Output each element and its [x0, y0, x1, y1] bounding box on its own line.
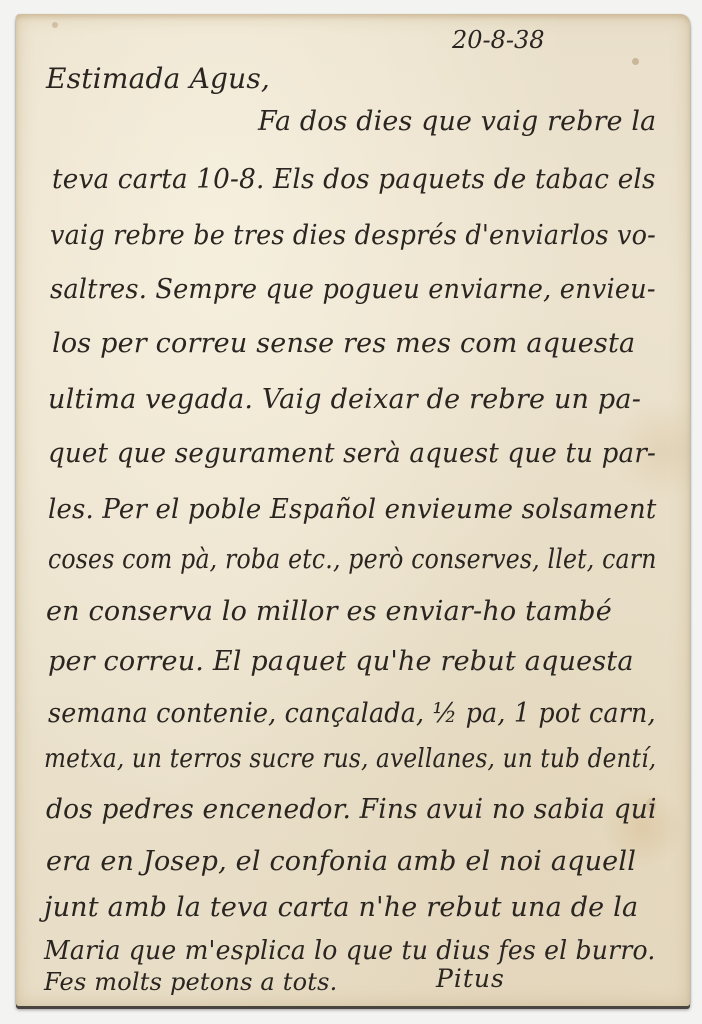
- letter-date: 20-8-38: [452, 26, 545, 54]
- letter-line-12: semana contenie, cançalada, ½ pa, 1 pot …: [48, 698, 656, 729]
- letter-line-17: Maria que m'esplica lo que tu dius fes e…: [44, 936, 656, 966]
- letter-line-1: Fa dos dies que vaig rebre la: [258, 106, 656, 137]
- letter-line-2: teva carta 10-8. Els dos paquets de taba…: [52, 164, 656, 195]
- letter-line-4: saltres. Sempre que pogueu enviarne, env…: [50, 274, 656, 305]
- letter-line-6: ultima vegada. Vaig deixar de rebre un p…: [48, 384, 641, 415]
- foxing-spot: [632, 58, 639, 65]
- letter-line-15: era en Josep, el confonia amb el noi aqu…: [46, 846, 636, 877]
- letter-line-7: quet que segurament serà aquest que tu p…: [48, 438, 656, 469]
- letter-line-11: per correu. El paquet qu'he rebut aquest…: [48, 646, 634, 677]
- postcard-paper: 20-8-38 Estimada Agus, Fa dos dies que v…: [16, 14, 690, 1006]
- letter-line-10: en conserva lo millor es enviar-ho també: [46, 596, 612, 627]
- letter-line-5: los per correu sense res mes com aquesta: [52, 328, 635, 359]
- foxing-spot: [52, 22, 58, 28]
- letter-closing: Fes molts petons a tots.: [44, 968, 337, 996]
- scanned-postcard: 20-8-38 Estimada Agus, Fa dos dies que v…: [0, 0, 702, 1024]
- letter-line-13: metxa, un terros sucre rus, avellanes, u…: [44, 744, 656, 774]
- letter-line-9: coses com pà, roba etc., però conserves,…: [48, 544, 657, 575]
- letter-line-3: vaig rebre be tres dies després d'enviar…: [50, 220, 656, 251]
- salutation: Estimada Agus,: [46, 62, 270, 95]
- letter-line-16: junt amb la teva carta n'he rebut una de…: [44, 892, 638, 923]
- letter-line-8: les. Per el poble Español envieume solsa…: [48, 494, 657, 525]
- signature: Pitus: [436, 964, 505, 993]
- letter-line-14: dos pedres encenedor. Fins avui no sabia…: [46, 794, 657, 825]
